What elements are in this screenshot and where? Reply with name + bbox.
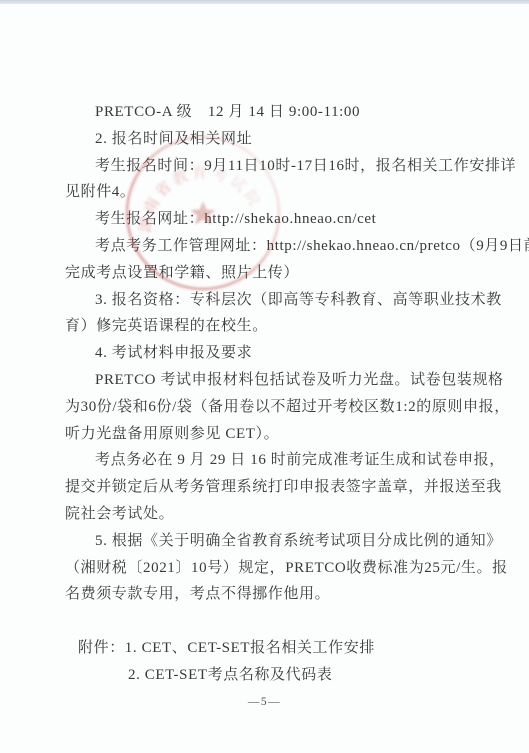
scan-top-edge	[0, 0, 529, 4]
text-line: 考生报名网址：http://shekao.hneao.cn/cet	[65, 206, 469, 233]
text-line: 名费须专款专用，考点不得挪作他用。	[65, 581, 469, 608]
text-line: 考点务必在 9 月 29 日 16 时前完成准考证生成和试卷申报，	[65, 447, 469, 474]
text-line: PRETCO-A 级 12 月 14 日 9:00-11:00	[65, 99, 469, 126]
page-number: —5—	[0, 696, 529, 708]
text-line: 5. 根据《关于明确全省教育系统考试项目分成比例的通知》	[65, 528, 469, 555]
text-line: 附件：1. CET、CET-SET报名相关工作安排	[65, 635, 469, 662]
document-body: PRETCO-A 级 12 月 14 日 9:00-11:002. 报名时间及相…	[65, 99, 469, 689]
text-line: 2. 报名时间及相关网址	[65, 126, 469, 153]
blank-line	[65, 608, 469, 635]
text-line: 育）修完英语课程的在校生。	[65, 313, 469, 340]
text-line: 提交并锁定后从考务管理系统打印申报表签字盖章，并报送至我	[65, 474, 469, 501]
text-line: 考点考务工作管理网址：http://shekao.hneao.cn/pretco…	[65, 233, 469, 260]
text-line: 院社会考试处。	[65, 501, 469, 528]
text-line: 听力光盘备用原则参见 CET）。	[65, 421, 469, 448]
text-line: 为30份/袋和6份/袋（备用卷以不超过开考校区数1:2的原则申报，	[65, 394, 469, 421]
scanned-document-page: { "page": { "background": "#fcfdfd", "to…	[0, 0, 529, 753]
text-line: （湘财税〔2021〕10号）规定，PRETCO收费标准为25元/生。报	[65, 555, 469, 582]
text-line: PRETCO 考试申报材料包括试卷及听力光盘。试卷包装规格	[65, 367, 469, 394]
text-line: 考生报名时间：9月11日10时-17日16时，报名相关工作安排详	[65, 153, 469, 180]
text-line: 完成考点设置和学籍、照片上传）	[65, 260, 469, 287]
text-line: 4. 考试材料申报及要求	[65, 340, 469, 367]
text-line: 2. CET-SET考点名称及代码表	[65, 662, 469, 689]
text-line: 见附件4。	[65, 179, 469, 206]
text-line: 3. 报名资格：专科层次（即高等专科教育、高等职业技术教	[65, 287, 469, 314]
